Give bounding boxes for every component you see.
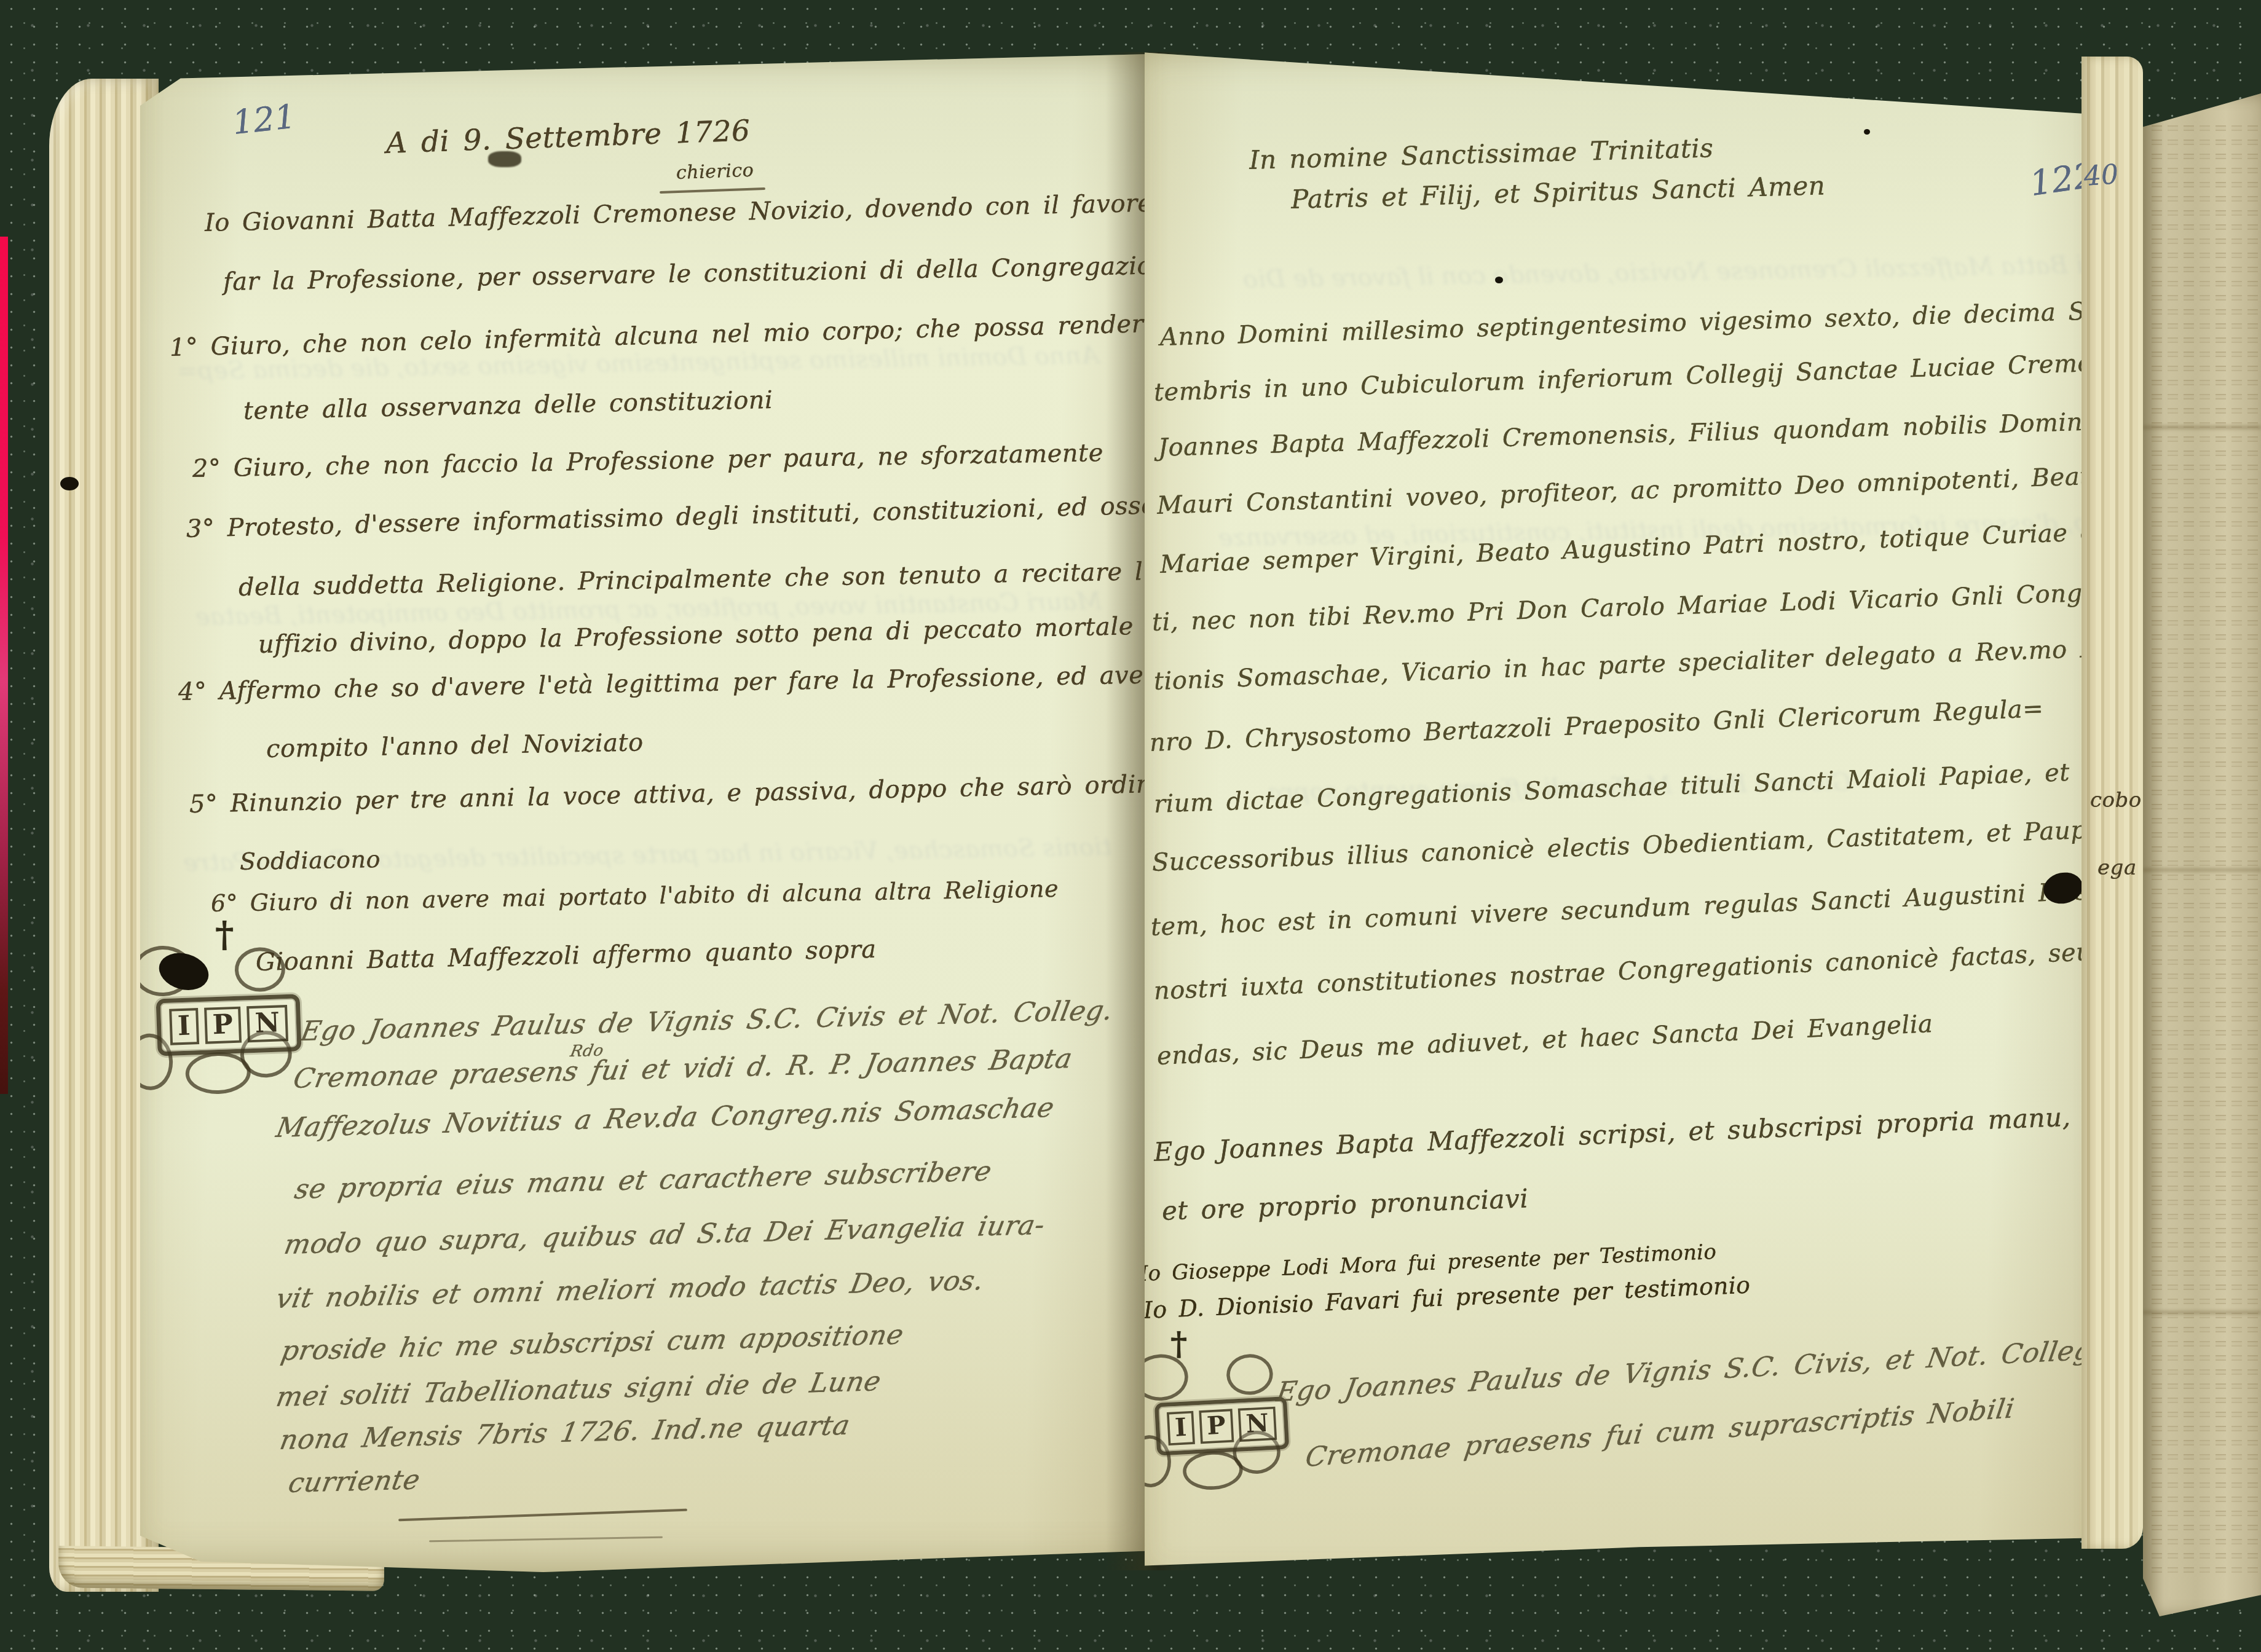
manuscript-line: endas, sic Deus me adiuvet, et haec Sanc… <box>1156 1010 1933 1071</box>
parchment-fold <box>2143 425 2261 430</box>
stamp-letter: P <box>1199 1409 1234 1444</box>
right-page: Io Giovanni Batta Maffezzoli Cremonese N… <box>1145 48 2096 1597</box>
notary-line: Ego Joannes Paulus de Vignis S.C. Civis … <box>298 995 1116 1047</box>
manuscript-line: Anno Domini millesimo septingentesimo vi… <box>1159 296 2137 352</box>
manuscript-line: 5° Rinunzio per tre anni la voce attiva,… <box>189 769 1193 819</box>
date-underline <box>660 187 765 194</box>
attestation-line: Gioanni Batta Maffezzoli affermo quanto … <box>256 935 877 977</box>
stamp-loop <box>185 1051 251 1095</box>
edge-folio-number: 40 <box>2083 159 2119 192</box>
notary-line: modo quo supra, quibus ad S.ta Dei Evang… <box>282 1209 1048 1261</box>
notary-line: mei soliti Tabellionatus signi die de Lu… <box>274 1366 883 1413</box>
faded-script-column <box>2216 122 2226 1573</box>
manuscript-line: tionis Somaschae, Vicario in hac parte s… <box>1153 633 2148 696</box>
manuscript-line: ti, nec non tibi Rev.mo Pri Don Carolo M… <box>1151 576 2161 637</box>
manuscript-line: Io Giovanni Batta Maffezzoli Cremonese N… <box>205 187 1252 237</box>
stamp-loop <box>1226 1353 1274 1396</box>
stamp-frame: IPN <box>156 994 302 1056</box>
manuscript-line: Soddiacono <box>240 846 381 875</box>
closing-flourish <box>398 1509 687 1521</box>
manuscript-line: 4° Affermo che so d'avere l'età legittim… <box>178 661 1171 706</box>
stamp-letter: P <box>204 1007 242 1044</box>
page-number: 121 <box>231 97 298 142</box>
parchment-fold <box>2143 868 2261 872</box>
closing-flourish <box>429 1536 663 1543</box>
manuscript-line: nostri iuxta constitutiones nostrae Cong… <box>1153 935 2172 1005</box>
notary-line: proside hic me subscripsi cum apposition… <box>278 1320 906 1367</box>
notary-stamp: IPN <box>141 956 293 1091</box>
manuscript-line: 6° Giuro di non avere mai portato l'abit… <box>211 875 1059 917</box>
manuscript-line: 3° Protesto, d'essere informatissimo deg… <box>186 489 1242 543</box>
edge-text-fragment: ega <box>2097 855 2137 880</box>
manuscript-line: nro D. Chrysostomo Bertazzoli Praeposito… <box>1149 694 2044 757</box>
manuscript-line: 2° Giuro, che non faccio la Professione … <box>192 439 1104 483</box>
subscription-line: et ore proprio pronunciavi <box>1161 1183 1529 1226</box>
stamp-letter: N <box>247 1005 288 1042</box>
stamp-loop <box>234 946 286 993</box>
manuscript-line: Successoribus illius canonicè electis Ob… <box>1151 814 2160 877</box>
notary-line: Cremonae praesens fui cum suprascriptis … <box>1303 1393 2016 1473</box>
right-page-edges: 40 cobo ega <box>2081 57 2143 1549</box>
manuscript-line: Joannes Bapta Maffezzoli Cremonensis, Fi… <box>1158 408 2091 462</box>
parchment-leaf <box>2143 93 2261 1616</box>
faded-script-column <box>2168 122 2178 1573</box>
faded-script-column <box>2231 122 2242 1573</box>
stamp-letter: N <box>1237 1407 1277 1442</box>
stamp-frame: IPN <box>1154 1396 1289 1455</box>
notary-line: vit nobilis et omni meliori modo tactis … <box>274 1265 987 1315</box>
cross-mark: † <box>215 913 234 955</box>
notary-line: se propria eius manu et caracthere subsc… <box>292 1156 994 1205</box>
date-heading: A di 9. Settembre 1726 <box>385 114 751 160</box>
stamp-letter: I <box>169 1008 199 1045</box>
struck-out-word <box>488 151 521 167</box>
stamp-letter: I <box>1167 1411 1195 1445</box>
parchment-fold <box>2143 1310 2261 1315</box>
ink-speck <box>1495 277 1503 283</box>
subscription-line: Ego Joannes Bapta Maffezzoli scripsi, et… <box>1153 1102 2071 1167</box>
manuscript-line: tembris in uno Cubiculorum inferiorum Co… <box>1153 346 2201 407</box>
ink-blot <box>60 477 79 490</box>
notary-line: Cremonae praesens fui et vidi d. R. P. J… <box>291 1043 1075 1095</box>
notary-line: nona Mensis 7bris 1726. Ind.ne quarta <box>277 1410 853 1456</box>
faded-script-column <box>2200 122 2210 1573</box>
manuscript-line: compito l'anno del Noviziato <box>266 728 644 763</box>
notary-line: curriente <box>286 1464 422 1499</box>
invocation-line: Patris et Filij, et Spiritus Sancti Amen <box>1290 170 1826 214</box>
left-page: Anno Domini millesimo septingentesimo vi… <box>140 54 1148 1572</box>
superscript-abbreviation: Rdo <box>569 1042 605 1061</box>
scan-edge-red-strip <box>0 237 8 1094</box>
faded-script-column <box>2184 122 2194 1573</box>
invocation-line: In nomine Sanctissimae Trinitatis <box>1249 133 1713 175</box>
notary-stamp: IPN <box>1140 1362 1282 1489</box>
manuscript-line: rium dictae Congregationis Somaschae tit… <box>1153 758 2070 819</box>
faded-script-column <box>2152 122 2162 1573</box>
manuscript-line: tente alla osservanza delle constituzion… <box>243 386 773 425</box>
edge-text-fragment: cobo <box>2090 788 2142 812</box>
notary-line: Maffezolus Novitius a Rev.da Congreg.nis… <box>274 1092 1057 1144</box>
stamp-loop <box>1182 1450 1244 1492</box>
manuscript-line: tem, hoc est in comuni vivere secundum r… <box>1150 877 2089 942</box>
bleed-through-ghost: Io Giovanni Batta Maffezzoli Cremonese N… <box>1243 248 2219 294</box>
ink-speck <box>1864 129 1870 135</box>
inserted-word: chierico <box>676 160 754 184</box>
faded-script-column <box>2247 122 2258 1573</box>
manuscript-photo: Anno Domini millesimo septingentesimo vi… <box>0 0 2261 1652</box>
